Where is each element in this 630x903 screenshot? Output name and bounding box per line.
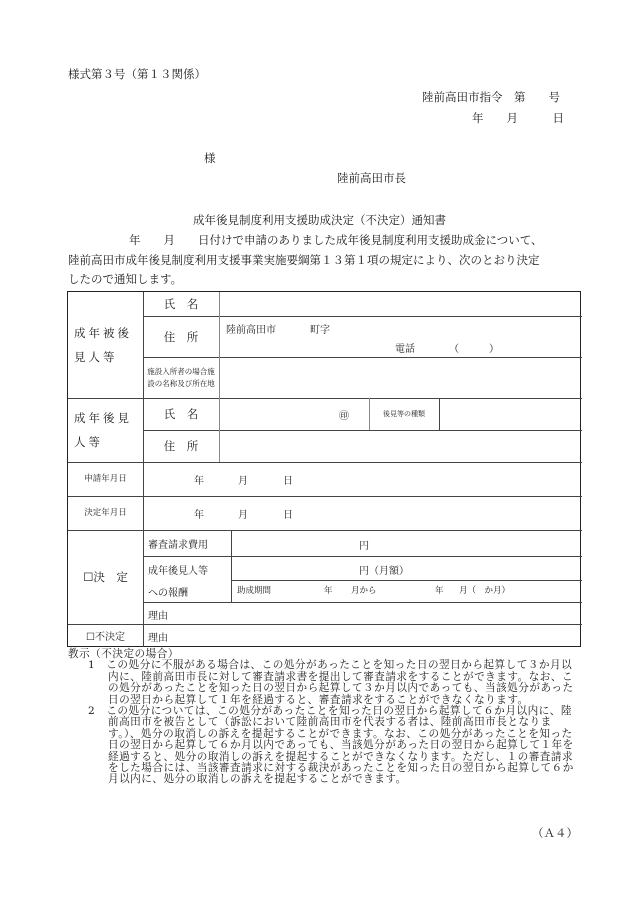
decision-date-field[interactable]: 年 月 日 xyxy=(143,496,582,530)
issue-date: 年 月 日 xyxy=(472,110,564,126)
remuneration-field[interactable]: 円（月額） xyxy=(231,556,582,580)
guardian-label: 成年後見人等 xyxy=(68,398,143,462)
item-text: この処分については、この処分があったことを知った日の翌日から起算して６か月以内に… xyxy=(106,705,573,785)
ward-address-field[interactable]: 陸前高田市 町字 電話 （ ） xyxy=(219,316,582,357)
notice-item-2: 2 この処分については、この処分があったことを知った日の翌日から起算して６か月以… xyxy=(68,706,583,786)
application-date-label: 申請年月日 xyxy=(68,462,143,496)
issuer: 陸前高田市長 xyxy=(337,170,406,186)
to-month: 月（ か月） xyxy=(459,585,510,597)
ward-address-label: 住 所 xyxy=(143,316,219,357)
review-fee-field[interactable]: 円 xyxy=(231,530,582,556)
facility-label: 施設入所者の場合施設の名称及び所在地 xyxy=(145,358,217,398)
notice-item-1: 1 この処分に不服がある場合は、この処分があったことを知った日の翌日から起算して… xyxy=(68,660,583,706)
guardian-type-field[interactable] xyxy=(439,398,582,430)
monthly-yen-unit: 円（月額） xyxy=(359,562,409,577)
guardian-address-field[interactable] xyxy=(219,430,582,462)
address-prefix: 陸前高田市 xyxy=(226,321,276,336)
guardian-name-label: 氏 名 xyxy=(143,398,219,430)
non-decision-reason-label: 理由 xyxy=(148,629,168,644)
addressee-suffix: 様 xyxy=(204,150,216,166)
paper-size: （Ａ４） xyxy=(532,825,578,841)
seal-icon: ㊞ xyxy=(339,407,349,422)
non-decision-checkbox[interactable]: ☐不決定 xyxy=(68,624,143,646)
guardian-name-field[interactable]: ㊞ xyxy=(219,398,369,430)
decision-reason-field[interactable]: 理由 xyxy=(143,602,582,624)
item-text: この処分に不服がある場合は、この処分があったことを知った日の翌日から起算して３か… xyxy=(106,659,573,705)
form-number: 様式第３号（第１３関係） xyxy=(68,66,206,82)
intro-line-3: したので通知します。 xyxy=(68,271,182,287)
decision-checkbox[interactable]: ☐決 定 xyxy=(68,530,143,624)
intro-line-2: 陸前高田市成年後見制度利用支援事業実施要綱第１３第１項の規定により、次のとおり決… xyxy=(68,252,540,268)
directive-number: 陸前高田市指令 第 号 xyxy=(422,89,560,105)
phone-parens: （ ） xyxy=(449,340,499,355)
item-number: 2 xyxy=(88,705,95,717)
intro-line-1: 年 月 日付けで申請のありました成年後見制度利用支援助成金について、 xyxy=(129,232,543,248)
decision-table: 成年被後見人等 氏 名 住 所 陸前高田市 町字 電話 （ ） 施設入所者の場合… xyxy=(67,291,581,647)
decision-reason-label: 理由 xyxy=(148,607,168,622)
day-label: 日 xyxy=(283,506,293,521)
from-month: 月から xyxy=(351,585,377,597)
to-year: 年 xyxy=(435,585,444,597)
period-label: 助成期間 xyxy=(237,585,271,597)
remuneration-label-1: 成年後見人等 xyxy=(148,562,208,577)
application-date-field[interactable]: 年 月 日 xyxy=(143,462,582,496)
item-number: 1 xyxy=(88,659,95,671)
subsidy-period-field[interactable]: 助成期間 年 月から 年 月（ か月） xyxy=(231,580,582,602)
month-label: 月 xyxy=(238,506,248,521)
ward-name-label: 氏 名 xyxy=(143,292,219,316)
yen-unit: 円 xyxy=(359,537,369,552)
phone-label: 電話 xyxy=(395,340,415,355)
month-label: 月 xyxy=(238,472,248,487)
review-fee-label: 審査請求費用 xyxy=(143,530,231,556)
notice-section: 教示（不決定の場合） 1 この処分に不服がある場合は、この処分があったことを知っ… xyxy=(68,649,583,786)
ward-name-field[interactable] xyxy=(219,292,582,316)
guardian-address-label: 住 所 xyxy=(143,430,219,462)
facility-field[interactable] xyxy=(219,357,582,398)
non-decision-reason-field[interactable]: 理由 xyxy=(143,624,582,646)
guardian-type-label: 後見等の種類 xyxy=(369,398,439,430)
remuneration-label-2: への報酬 xyxy=(148,584,188,599)
day-label: 日 xyxy=(283,472,293,487)
address-town: 町字 xyxy=(310,321,330,336)
year-label: 年 xyxy=(194,506,204,521)
document-title: 成年後見制度利用支援助成決定（不決定）通知書 xyxy=(193,212,446,228)
year-label: 年 xyxy=(194,472,204,487)
decision-date-label: 決定年月日 xyxy=(68,496,143,530)
from-year: 年 xyxy=(324,585,333,597)
ward-label: 成年被後見人等 xyxy=(68,292,143,398)
